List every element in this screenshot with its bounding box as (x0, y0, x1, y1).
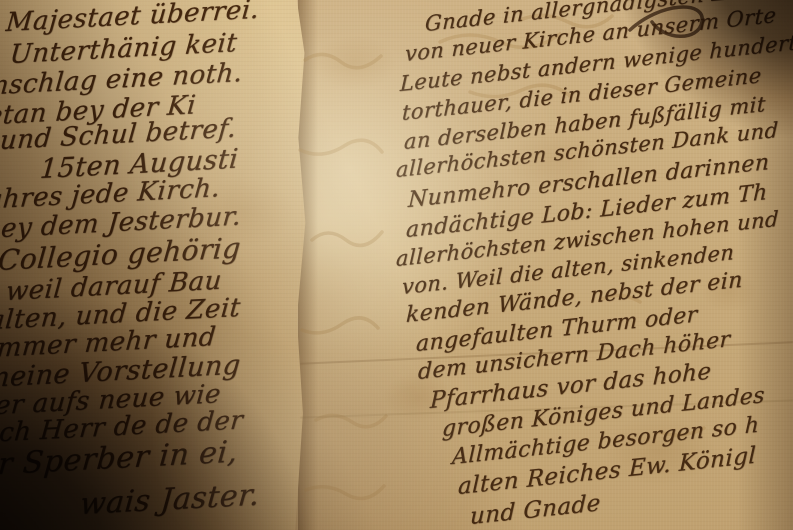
manuscript-photo: Majestaet überrei. Unterthänig keit ensc… (0, 0, 793, 530)
